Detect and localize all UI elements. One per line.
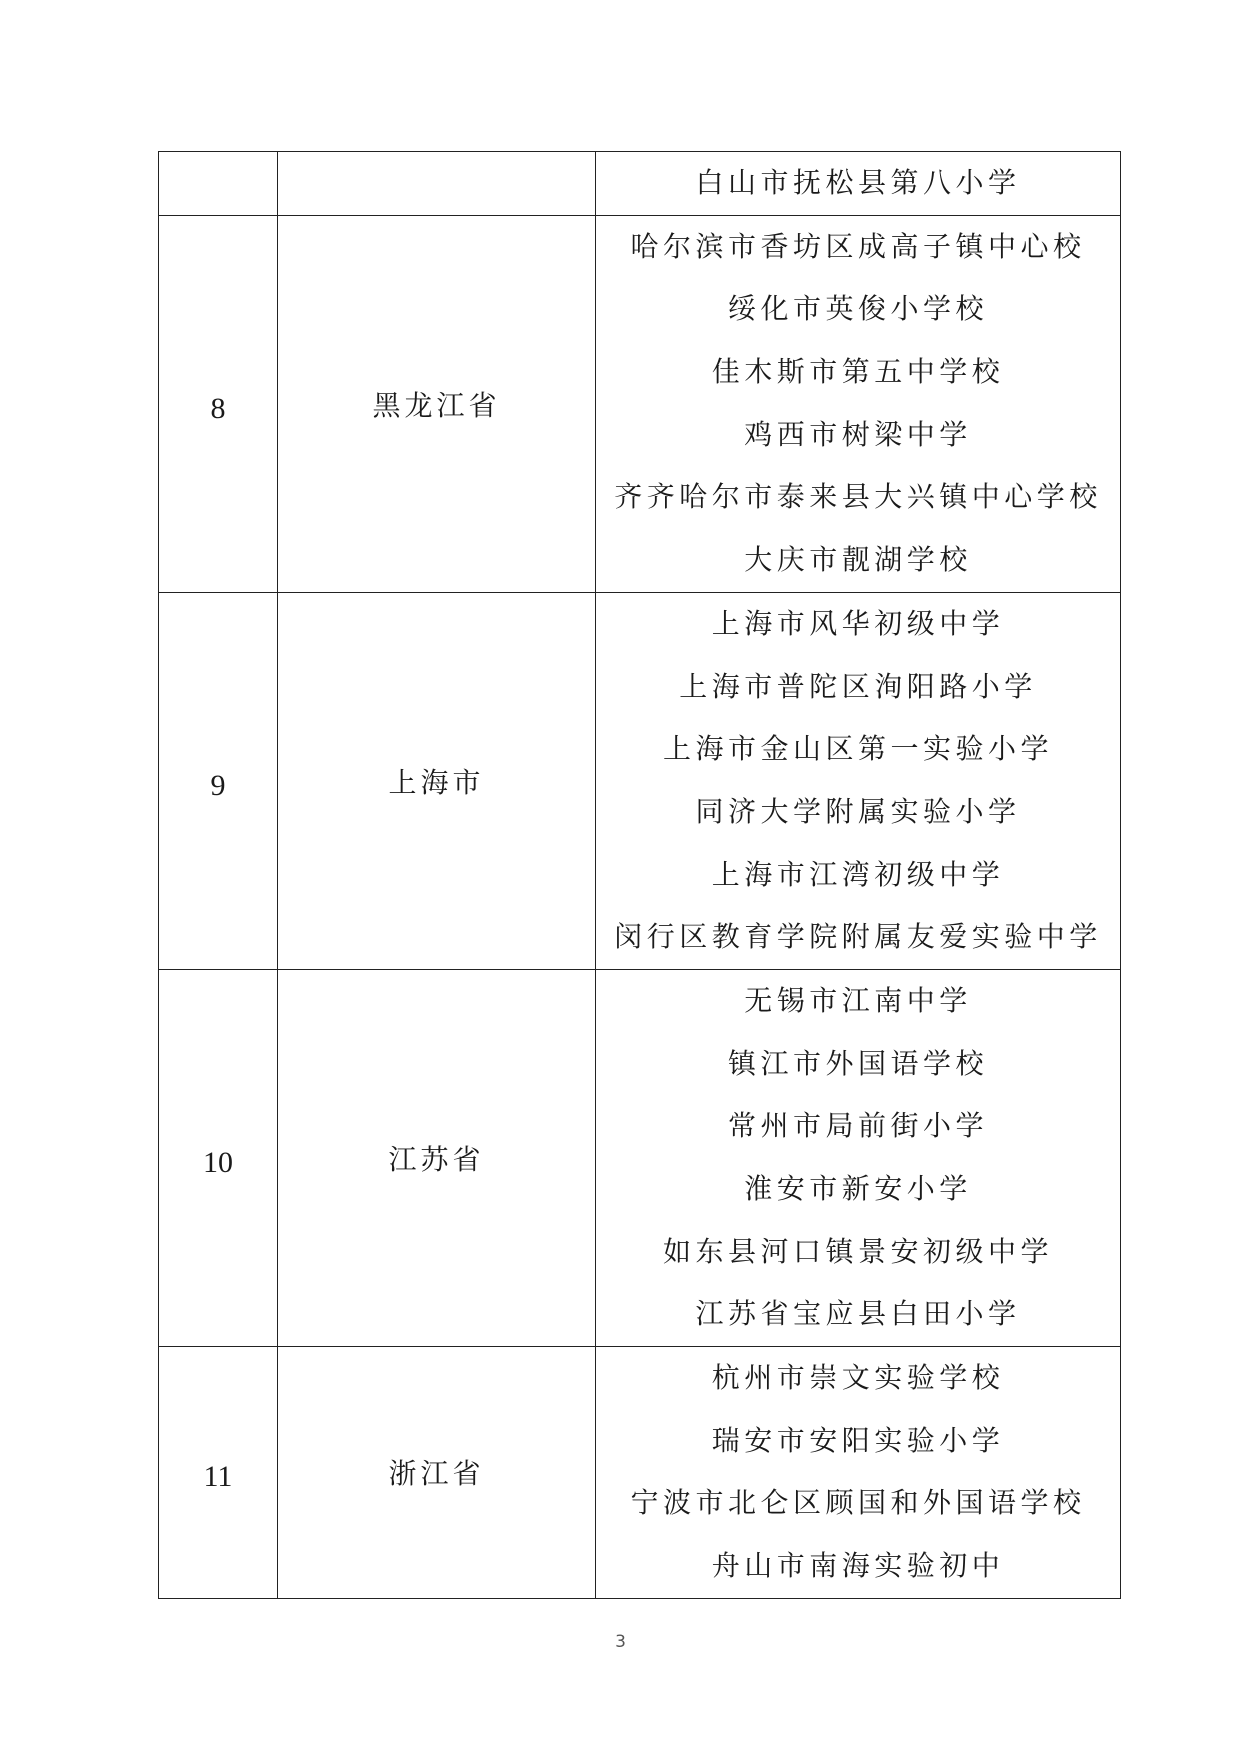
school-name: 同济大学附属实验小学	[695, 781, 1020, 844]
row-number: 10	[203, 1146, 233, 1179]
school-list: 杭州市崇文实验学校 瑞安市安阳实验小学 宁波市北仑区顾国和外国语学校 舟山市南海…	[596, 1347, 1120, 1598]
school-list: 上海市风华初级中学 上海市普陀区洵阳路小学 上海市金山区第一实验小学 同济大学附…	[596, 593, 1120, 969]
schools-cell: 哈尔滨市香坊区成高子镇中心校 绥化市英俊小学校 佳木斯市第五中学校 鸡西市树梁中…	[596, 215, 1121, 592]
school-name: 上海市普陀区洵阳路小学	[679, 656, 1037, 719]
number-cell: 8	[159, 215, 278, 592]
school-name: 齐齐哈尔市泰来县大兴镇中心学校	[614, 466, 1102, 529]
school-name: 宁波市北仑区顾国和外国语学校	[630, 1472, 1085, 1535]
number-cell: 9	[159, 592, 278, 969]
school-name: 佳木斯市第五中学校	[712, 341, 1005, 404]
province-cell: 黑龙江省	[278, 215, 596, 592]
province-name: 江苏省	[388, 1143, 484, 1176]
number-cell: 10	[159, 969, 278, 1346]
schools-cell: 杭州市崇文实验学校 瑞安市安阳实验小学 宁波市北仑区顾国和外国语学校 舟山市南海…	[596, 1347, 1121, 1599]
province-cell	[278, 152, 596, 216]
number-cell: 11	[159, 1347, 278, 1599]
province-name: 浙江省	[388, 1457, 484, 1490]
table-row-jiangsu: 10 江苏省 无锡市江南中学 镇江市外国语学校 常州市局前街小学 淮安市新安小学…	[159, 969, 1121, 1346]
school-name: 哈尔滨市香坊区成高子镇中心校	[630, 216, 1085, 279]
number-cell	[159, 152, 278, 216]
school-name: 上海市风华初级中学	[712, 593, 1005, 656]
school-name: 白山市抚松县第八小学	[695, 152, 1020, 215]
school-name: 舟山市南海实验初中	[712, 1535, 1005, 1598]
table-row-continuation: 白山市抚松县第八小学	[159, 152, 1121, 216]
school-name: 上海市江湾初级中学	[712, 844, 1005, 907]
province-name: 上海市	[388, 766, 484, 799]
table-row-zhejiang: 11 浙江省 杭州市崇文实验学校 瑞安市安阳实验小学 宁波市北仑区顾国和外国语学…	[159, 1347, 1121, 1599]
province-cell: 上海市	[278, 592, 596, 969]
page-number: 3	[0, 1632, 1241, 1652]
province-cell: 浙江省	[278, 1347, 596, 1599]
schools-cell: 白山市抚松县第八小学	[596, 152, 1121, 216]
school-name: 杭州市崇文实验学校	[712, 1347, 1005, 1410]
school-name: 闵行区教育学院附属友爱实验中学	[614, 906, 1102, 969]
province-name: 黑龙江省	[372, 389, 500, 422]
school-name: 淮安市新安小学	[744, 1158, 972, 1221]
school-name: 镇江市外国语学校	[728, 1033, 988, 1096]
row-number: 9	[211, 769, 226, 802]
row-number: 11	[204, 1460, 233, 1493]
school-name: 无锡市江南中学	[744, 970, 972, 1033]
school-list-table: 白山市抚松县第八小学 8 黑龙江省 哈尔滨市香坊区成高子镇中心校 绥化市英俊小学…	[158, 151, 1121, 1599]
school-list: 无锡市江南中学 镇江市外国语学校 常州市局前街小学 淮安市新安小学 如东县河口镇…	[596, 970, 1120, 1346]
province-cell: 江苏省	[278, 969, 596, 1346]
schools-cell: 无锡市江南中学 镇江市外国语学校 常州市局前街小学 淮安市新安小学 如东县河口镇…	[596, 969, 1121, 1346]
school-name: 常州市局前街小学	[728, 1095, 988, 1158]
table-row-heilongjiang: 8 黑龙江省 哈尔滨市香坊区成高子镇中心校 绥化市英俊小学校 佳木斯市第五中学校…	[159, 215, 1121, 592]
school-name: 瑞安市安阳实验小学	[712, 1410, 1005, 1473]
school-list: 哈尔滨市香坊区成高子镇中心校 绥化市英俊小学校 佳木斯市第五中学校 鸡西市树梁中…	[596, 216, 1120, 592]
school-name: 江苏省宝应县白田小学	[695, 1283, 1020, 1346]
schools-cell: 上海市风华初级中学 上海市普陀区洵阳路小学 上海市金山区第一实验小学 同济大学附…	[596, 592, 1121, 969]
table-row-shanghai: 9 上海市 上海市风华初级中学 上海市普陀区洵阳路小学 上海市金山区第一实验小学…	[159, 592, 1121, 969]
school-list: 白山市抚松县第八小学	[596, 152, 1120, 215]
row-number: 8	[211, 392, 226, 425]
document-page: 白山市抚松县第八小学 8 黑龙江省 哈尔滨市香坊区成高子镇中心校 绥化市英俊小学…	[0, 0, 1241, 1754]
school-name: 绥化市英俊小学校	[728, 278, 988, 341]
school-name: 如东县河口镇景安初级中学	[663, 1221, 1053, 1284]
school-name: 大庆市靓湖学校	[744, 529, 972, 592]
school-name: 上海市金山区第一实验小学	[663, 718, 1053, 781]
school-name: 鸡西市树梁中学	[744, 404, 972, 467]
